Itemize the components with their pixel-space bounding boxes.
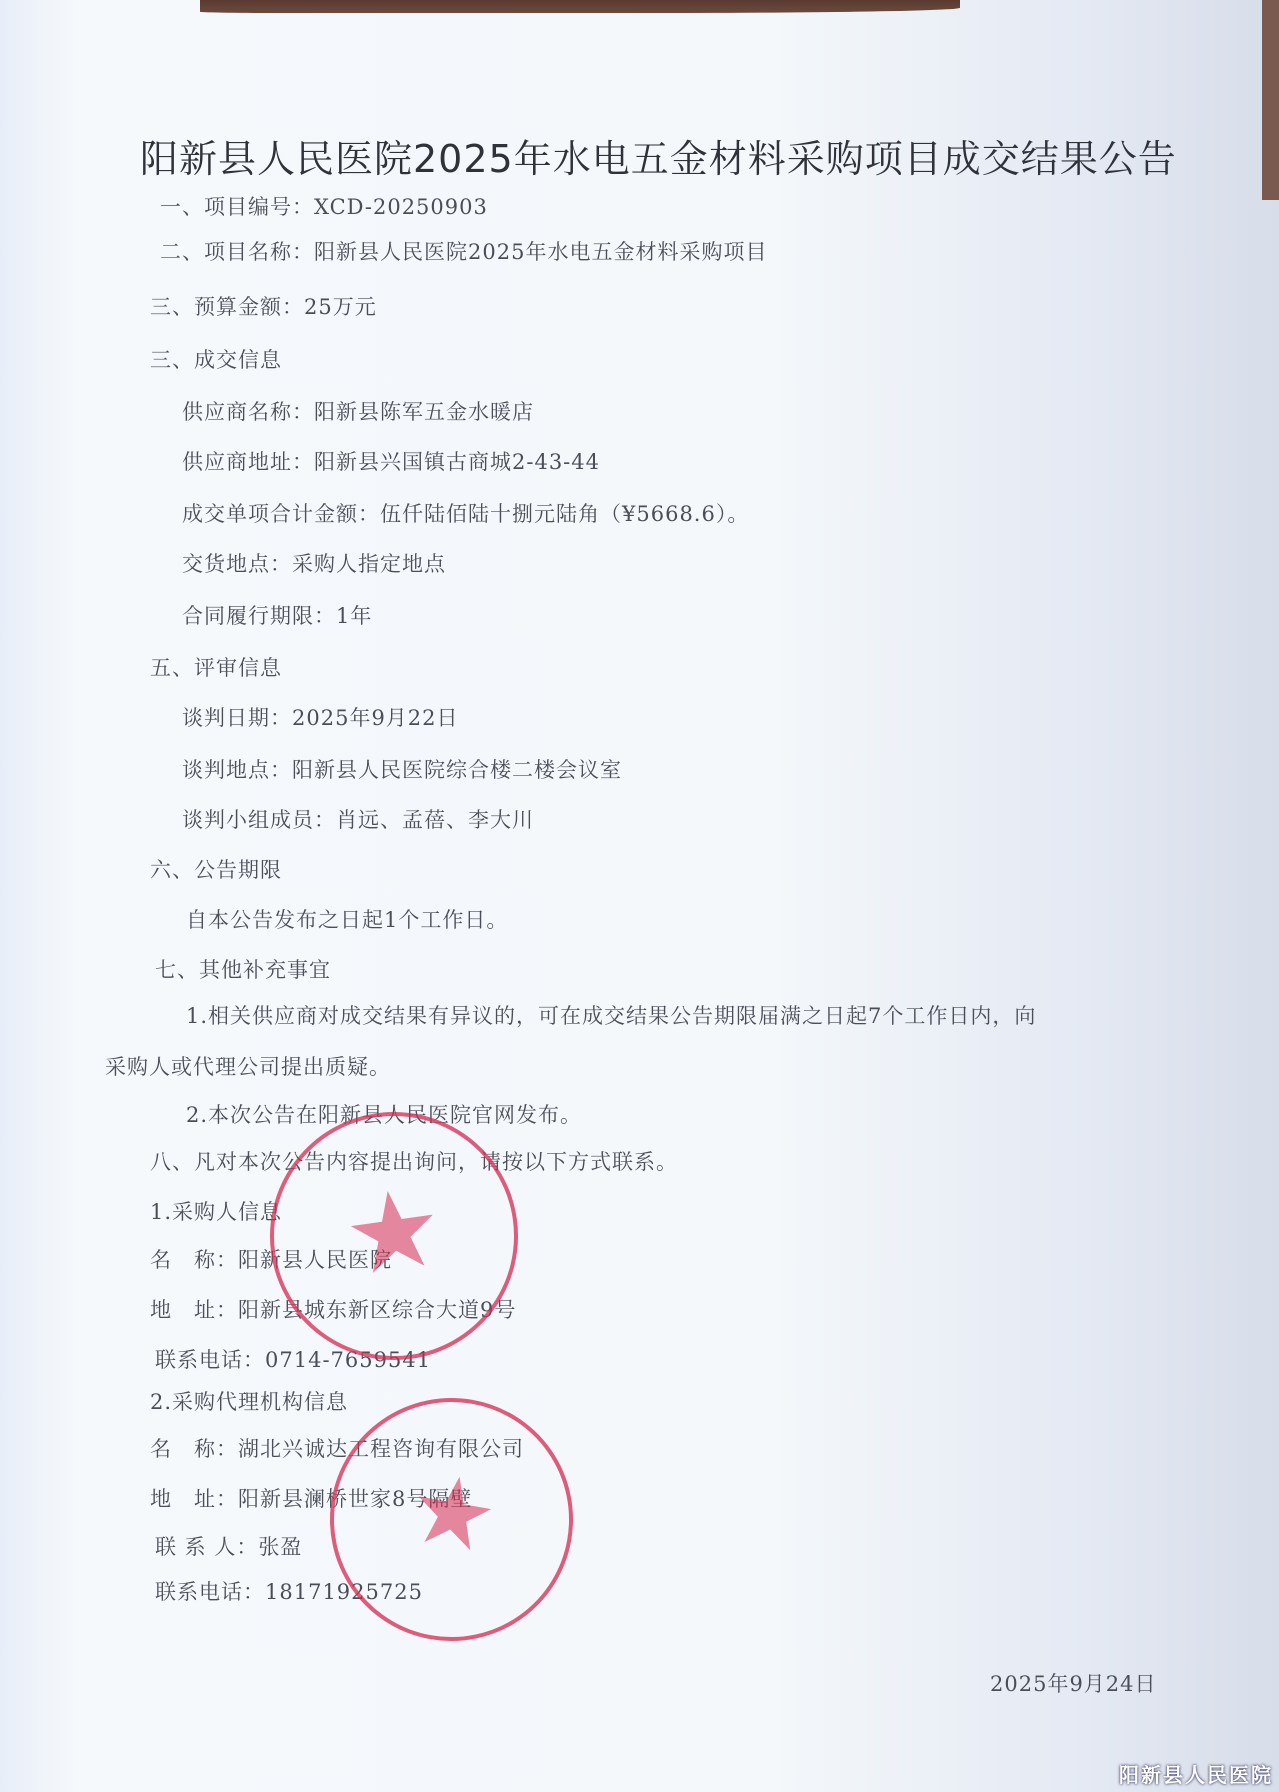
- document-title: 阳新县人民医院2025年水电五金材料采购项目成交结果公告: [140, 128, 1177, 183]
- document-line: 采购人或代理公司提出质疑。: [105, 1051, 391, 1081]
- document-line: 成交单项合计金额：伍仟陆佰陆十捌元陆角（¥5668.6）。: [182, 498, 749, 528]
- document-line: 供应商地址：阳新县兴国镇古商城2-43-44: [182, 446, 600, 476]
- document-line: 二、项目名称：阳新县人民医院2025年水电五金材料采购项目: [160, 236, 767, 266]
- document-line: 谈判地点：阳新县人民医院综合楼二楼会议室: [182, 754, 622, 784]
- document-line: 三、成交信息: [150, 344, 282, 374]
- document-line: 一、项目编号：XCD-20250903: [160, 191, 488, 221]
- star-icon: [342, 1180, 444, 1282]
- document-line: 供应商名称：阳新县陈军五金水暖店: [182, 396, 534, 426]
- document-line: 合同履行期限：1年: [182, 600, 372, 630]
- document-line: 六、公告期限: [150, 854, 282, 884]
- hospital-seal-stamp: [254, 1096, 534, 1376]
- document-line: 2.采购代理机构信息: [150, 1386, 348, 1416]
- document-line: 三、预算金额：25万元: [150, 291, 377, 321]
- document-line: 五、评审信息: [150, 652, 282, 682]
- document-line: 联 系 人：张盈: [155, 1531, 302, 1561]
- watermark: 阳新县人民医院: [1119, 1759, 1273, 1788]
- agency-seal-stamp: [311, 1379, 593, 1661]
- announcement-paper: 阳新县人民医院2025年水电五金材料采购项目成交结果公告 一、项目编号：XCD-…: [0, 0, 1279, 1792]
- document-line: 自本公告发布之日起1个工作日。: [186, 904, 508, 934]
- document-line: 1.相关供应商对成交结果有异议的，可在成交结果公告期限届满之日起7个工作日内，向: [186, 1000, 1036, 1030]
- document-line: 1.采购人信息: [150, 1196, 282, 1226]
- star-icon: [407, 1466, 500, 1559]
- document-line: 谈判小组成员：肖远、孟蓓、李大川: [182, 804, 534, 834]
- document-line: 谈判日期：2025年9月22日: [182, 702, 459, 732]
- document-line: 交货地点：采购人指定地点: [182, 548, 446, 578]
- document-date: 2025年9月24日: [990, 1668, 1157, 1698]
- document-line: 七、其他补充事宜: [155, 954, 331, 984]
